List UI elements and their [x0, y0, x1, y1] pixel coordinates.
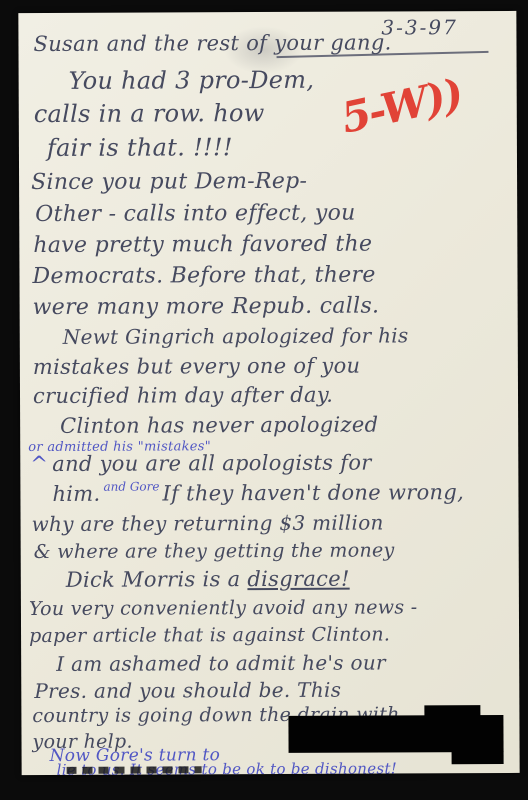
letter-line: calls in a row. how — [34, 100, 265, 127]
red-ink-annotation: 5-W)) — [337, 69, 466, 143]
letter-line: Democrats. Before that, there — [32, 264, 375, 290]
underlined-word: disgrace! — [247, 567, 349, 591]
letter-line: Dick Morris is a disgrace! — [66, 568, 350, 592]
letter-line: have pretty much favored the — [33, 233, 372, 259]
letter-line: crucified him day after day. — [33, 384, 333, 408]
letter-page: 3-3-97 Susan and the rest of your gang. … — [18, 11, 519, 775]
letter-line: paper article that is against Clinton. — [29, 624, 390, 646]
letter-line: Clinton has never apologized — [60, 414, 378, 438]
letter-line: mistakes but every one of you — [33, 355, 361, 380]
letter-line: You had 3 pro-Dem, — [69, 67, 315, 94]
letter-line-text: him. — [52, 482, 100, 506]
letter-line-text: and you are all apologists for — [52, 451, 372, 476]
letter-line: why are they returning $3 million — [32, 512, 384, 536]
letter-line: You very conveniently avoid any news - — [29, 597, 418, 620]
letter-line: Susan and the rest of your gang. — [33, 31, 391, 56]
letter-line: Newt Gingrich apologized for his — [63, 324, 409, 348]
letter-line-text: If they haven't done wrong, — [162, 480, 464, 505]
letter-line: were many more Repub. calls. — [33, 295, 380, 321]
letter-line: Pres. and you should be. This — [34, 679, 341, 702]
blue-caret: ^ — [30, 452, 48, 476]
letter-line: Since you put Dem-Rep- — [31, 170, 307, 195]
letter-line: him.and GoreIf they haven't done wrong, — [52, 481, 464, 506]
letter-line: I am ashamed to admit he's our — [56, 651, 386, 674]
redaction-bar — [18, 11, 516, 13]
letter-line: fair is that. !!!! — [47, 134, 233, 161]
scanned-letter-screenshot: 3-3-97 Susan and the rest of your gang. … — [0, 0, 528, 800]
letter-date: 3-3-97 — [381, 15, 458, 39]
letter-line: Other - calls into effect, you — [35, 202, 356, 228]
blue-superscript-insert: and Gore — [103, 479, 159, 493]
letter-line: ^and you are all apologists for — [30, 452, 371, 477]
letter-line-text: Dick Morris is a — [66, 567, 248, 592]
cut-off-text-marks — [67, 766, 202, 774]
letter-line: & where are they getting the money — [34, 540, 395, 562]
